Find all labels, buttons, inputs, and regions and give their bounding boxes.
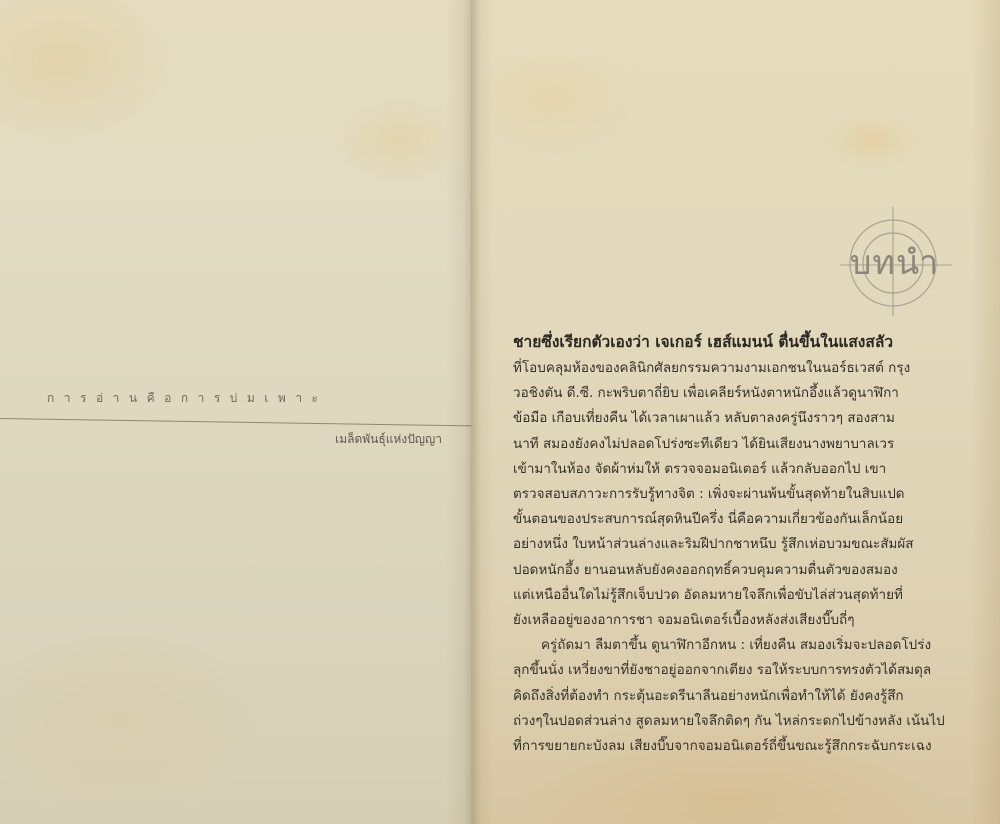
text-line: ขั้นตอนของประสบการณ์สุดหินปีครึ่ง นี่คือ…: [513, 507, 953, 532]
text-line: วอชิงตัน ดี.ซี. กะพริบตาถี่ยิบ เพื่อเคลี…: [513, 381, 953, 406]
open-book-spread: การอ่านคือการบ่มเพาะ เมล็ดพันธุ์แห่งปัญญ…: [0, 0, 1000, 824]
epigraph-source: เมล็ดพันธุ์แห่งปัญญา: [335, 430, 442, 449]
text-line: แต่เหนืออื่นใดไม่รู้สึกเจ็บปวด อัดลมหายใ…: [513, 583, 953, 608]
text-line: เข้ามาในห้อง จัดผ้าห่มให้ ตรวจจอมอนิเตอร…: [513, 457, 953, 482]
paragraph-1: ที่โอบคลุมห้องของคลินิกศัลยกรรมความงามเอ…: [513, 356, 953, 633]
text-line: คิดถึงสิ่งที่ต้องทำ กระตุ้นอะดรีนาลีนอย่…: [513, 684, 953, 709]
text-line: ตรวจสอบสภาวะการรับรู้ทางจิต : เพิ่งจะผ่า…: [513, 482, 953, 507]
text-line: อย่างหนึ่ง ใบหน้าส่วนล่างและริมฝีปากชาหน…: [513, 532, 953, 557]
text-line: ที่โอบคลุมห้องของคลินิกศัลยกรรมความงามเอ…: [513, 356, 953, 381]
chapter-body-text: ชายซึ่งเรียกตัวเองว่า เจเกอร์ เฮส์แมนน์ …: [513, 328, 953, 759]
text-line: ยังเหลืออยู่ของอาการชา จอมอนิเตอร์เบื้อง…: [513, 608, 953, 633]
chapter-emblem: บทนำ: [832, 205, 957, 317]
chapter-heading: บทนำ: [842, 235, 947, 289]
left-page: การอ่านคือการบ่มเพาะ เมล็ดพันธุ์แห่งปัญญ…: [0, 0, 472, 824]
text-line: ปอดหนักอึ้ง ยานอนหลับยังคงออกฤทธิ์ควบคุม…: [513, 558, 953, 583]
epigraph-divider: [0, 418, 472, 426]
text-line: นาที สมองยังคงไม่ปลอดโปร่งซะทีเดียว ได้ย…: [513, 432, 953, 457]
text-line: ถ่วงๆในปอดส่วนล่าง สูดลมหายใจลึกติดๆ กัน…: [513, 709, 953, 734]
lead-sentence: ชายซึ่งเรียกตัวเองว่า เจเกอร์ เฮส์แมนน์ …: [513, 328, 953, 356]
text-line: ข้อมือ เกือบเที่ยงคืน ได้เวลาเผาแล้ว หลั…: [513, 406, 953, 431]
paragraph-2: ครู่ถัดมา ลืมตาขึ้น ดูนาฬิกาอีกหน : เที่…: [513, 633, 953, 759]
text-line: ครู่ถัดมา ลืมตาขึ้น ดูนาฬิกาอีกหน : เที่…: [513, 633, 953, 658]
epigraph-title: การอ่านคือการบ่มเพาะ: [47, 389, 328, 408]
text-line: ที่การขยายกะบังลม เสียงบี๊บจากจอมอนิเตอร…: [513, 734, 953, 759]
text-line: ลุกขึ้นนั่ง เหวี่ยงขาที่ยังชาอยู่ออกจากเ…: [513, 658, 953, 683]
